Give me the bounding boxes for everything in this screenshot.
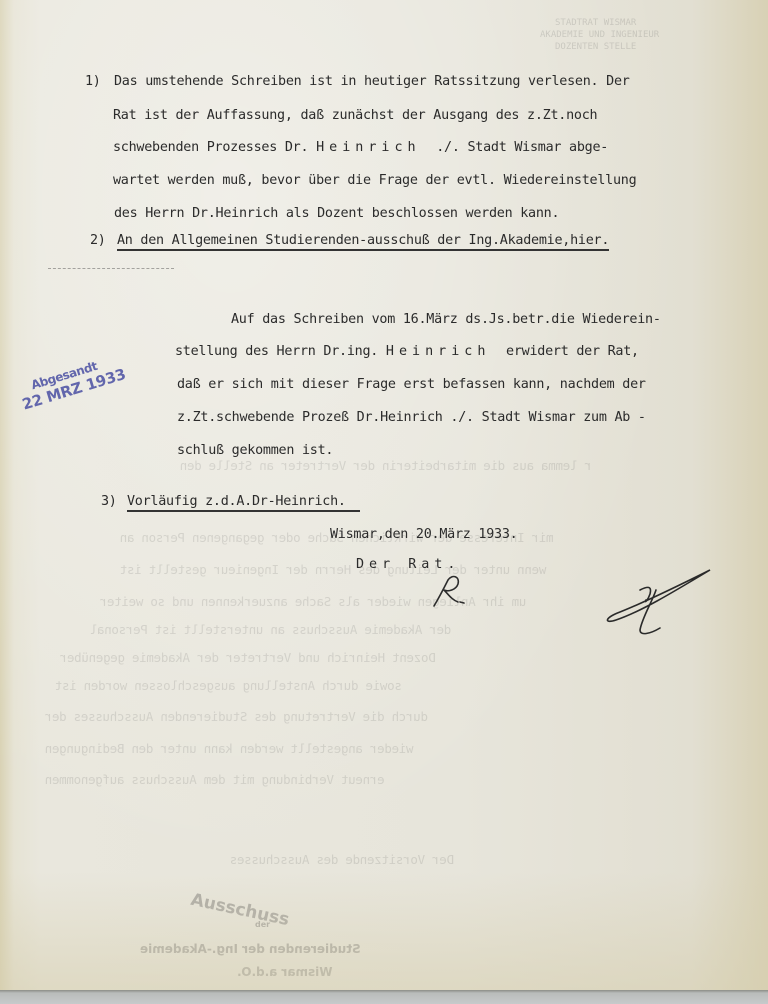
dashed-rule bbox=[48, 268, 174, 269]
ghost-header-line: STADTRAT WISMAR bbox=[555, 18, 636, 28]
section-3-number: 3) bbox=[101, 495, 117, 508]
section-2-addressee: An den Allgemeinen Studierenden-ausschuß… bbox=[117, 234, 609, 251]
place-date: Wismar,den 20.März 1933. bbox=[330, 528, 517, 541]
ghost-text-line: der Akademie Ausschuss an unterstellt is… bbox=[90, 622, 451, 637]
ghost-text-line: wieder angestellt werden kann unter den … bbox=[45, 741, 414, 756]
ghost-text-line: Der Vorsitzende des Ausschusses bbox=[230, 852, 454, 867]
section-1-line: Rat ist der Auffassung, daß zunächst der… bbox=[113, 109, 597, 122]
section-1-line: schwebenden Prozesses Dr. Heinrich ./. S… bbox=[113, 141, 608, 154]
section-1-number: 1) bbox=[85, 75, 101, 88]
section-2-body-line: daß er sich mit dieser Frage erst befass… bbox=[177, 378, 646, 391]
round-stamp-arc: Ausschuss bbox=[189, 890, 291, 930]
spaced-name-heinrich: Heinrich bbox=[316, 140, 421, 155]
section-1-line: wartet werden muß, bevor über die Frage … bbox=[113, 174, 636, 187]
section-2-line-head: stellung des Herrn Dr.ing. bbox=[175, 344, 378, 359]
section-2-body-line: z.Zt.schwebende Prozeß Dr.Heinrich ./. S… bbox=[177, 411, 646, 424]
section-2-number: 2) bbox=[90, 234, 106, 247]
section-1-line: Das umstehende Schreiben ist in heutiger… bbox=[114, 75, 630, 88]
scanned-document-page: STADTRAT WISMAR AKADEMIE UND INGENIEUR D… bbox=[0, 0, 768, 992]
section-2-body-line: stellung des Herrn Dr.ing. Heinrich erwi… bbox=[175, 345, 639, 358]
round-stamp-mid: der bbox=[255, 920, 270, 929]
scan-bottom-edge bbox=[0, 990, 768, 1004]
sent-stamp: Abgesandt 22 MRZ 1933 bbox=[16, 352, 128, 414]
signatory: Der Rat. bbox=[356, 558, 461, 571]
ghost-text-line: sowie durch Anstellung ausgeschlossen wo… bbox=[55, 678, 402, 693]
ghost-text-line: wenn unter der Leitung des Herrn der Ing… bbox=[120, 562, 546, 577]
section-2-body-line: schluß gekommen ist. bbox=[177, 444, 333, 457]
round-stamp-line2: Wismar a.d.O. bbox=[237, 965, 333, 979]
section-1-line-head: schwebenden Prozesses Dr. bbox=[113, 140, 308, 155]
section-2-line-tail: erwidert der Rat, bbox=[506, 344, 639, 359]
handwritten-initial-icon bbox=[430, 574, 470, 610]
ghost-header-line: AKADEMIE UND INGENIEUR bbox=[540, 30, 659, 40]
spaced-name-heinrich: Heinrich bbox=[386, 344, 491, 359]
section-1-line-tail: ./. Stadt Wismar abge- bbox=[436, 140, 608, 155]
ghost-text-line: erneut Verbindung mit dem Ausschuss aufg… bbox=[45, 772, 385, 787]
ghost-header-line: DOZENTEN STELLE bbox=[555, 42, 636, 52]
ghost-text-line: Dozent Heinrich und Vertreter der Akadem… bbox=[60, 650, 436, 665]
ghost-text-line: r lemma aus die mitarbeiterin der Vertre… bbox=[180, 458, 592, 473]
handwritten-signature-icon bbox=[600, 560, 720, 640]
ghost-text-line: durch die Vertretung des Studierenden Au… bbox=[45, 709, 428, 724]
section-1-line: des Herrn Dr.Heinrich als Dozent beschlo… bbox=[114, 207, 559, 220]
round-stamp-line1: Studierenden der Ing.-Akademie bbox=[140, 942, 361, 956]
section-2-body-line: Auf das Schreiben vom 16.März ds.Js.betr… bbox=[231, 313, 661, 326]
section-3-text: Vorläufig z.d.A.Dr-Heinrich. bbox=[127, 495, 360, 512]
